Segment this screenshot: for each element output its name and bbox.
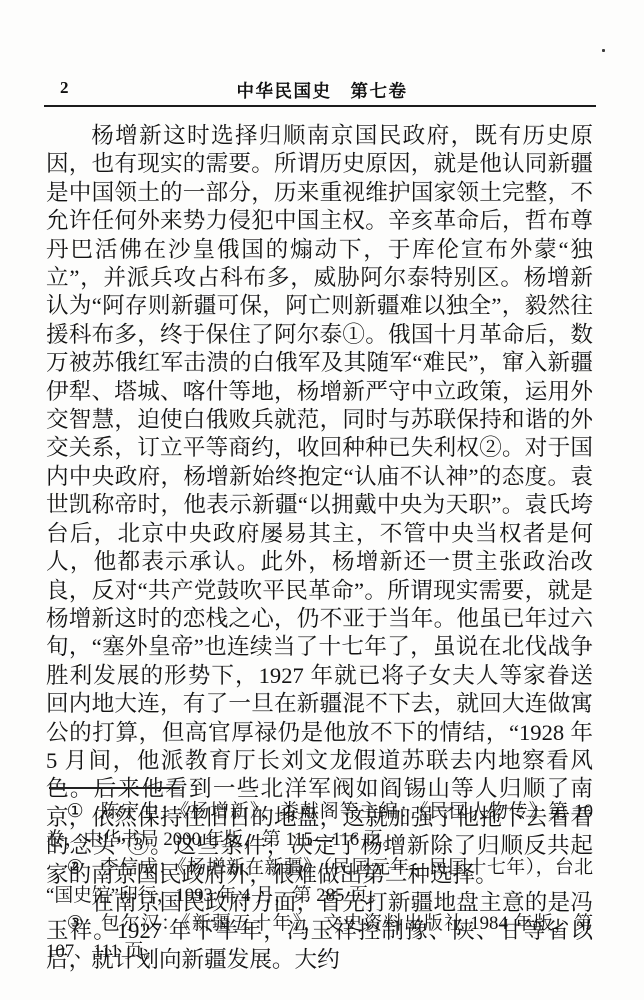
footnote-text: 包尔汉：《新疆五十年》，文史资料出版社 1984 年版，第 107、111 页。 (46, 913, 593, 962)
running-head: 中华民国史 第七卷 (0, 78, 644, 103)
footnote-marker: ③ (67, 913, 85, 934)
footnote: ②李信成：《杨增新在新疆》（民国元年—民国十七年），台北“国史馆”印行，1993… (46, 854, 593, 910)
footnote-marker: ① (67, 801, 85, 822)
footnotes: ①陈宁生：《杨增新》，娄献阁等主编：《民国人物传》第 10 卷，中华书局 200… (46, 798, 593, 966)
book-page: 2 中华民国史 第七卷 杨增新这时选择归顺南京国民政府，既有历史原因，也有现实的… (0, 0, 644, 1000)
footnote-marker: ② (67, 857, 84, 878)
header-rule (44, 105, 596, 107)
footnote: ③包尔汉：《新疆五十年》，文史资料出版社 1984 年版，第 107、111 页… (46, 910, 593, 966)
footnote-text: 陈宁生：《杨增新》，娄献阁等主编：《民国人物传》第 10 卷，中华书局 2000… (46, 801, 593, 850)
body-paragraph: 杨增新这时选择归顺南京国民政府，既有历史原因，也有现实的需要。所谓历史原因，就是… (46, 122, 593, 889)
footnote: ①陈宁生：《杨增新》，娄献阁等主编：《民国人物传》第 10 卷，中华书局 200… (46, 798, 593, 854)
scan-artifact-dot (602, 49, 605, 52)
footnote-separator (49, 787, 180, 789)
footnote-text: 李信成：《杨增新在新疆》（民国元年—民国十七年），台北“国史馆”印行，1993 … (46, 857, 593, 906)
